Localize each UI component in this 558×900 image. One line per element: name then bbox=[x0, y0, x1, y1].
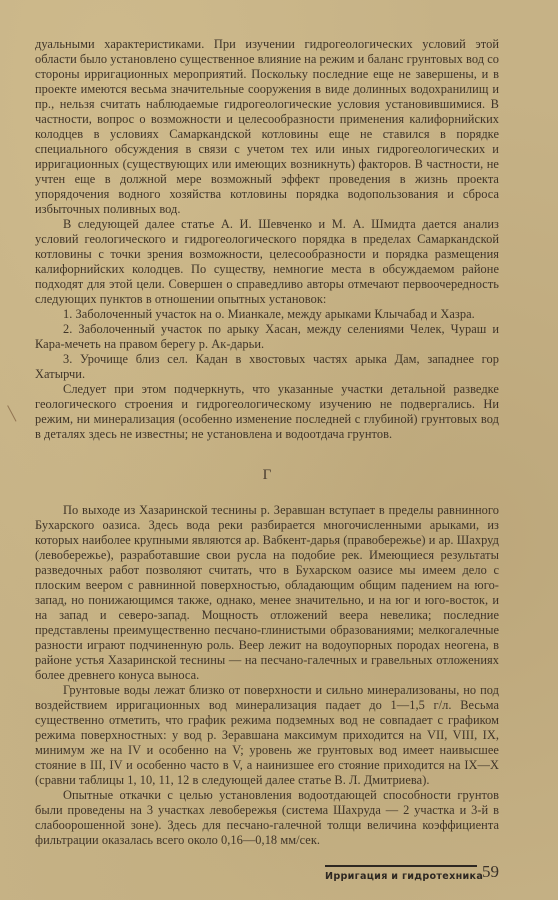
paragraph-article-intro: В следующей далее статье А. И. Шевченко … bbox=[35, 217, 499, 307]
paragraph-pumping-tests: Опытные откачки с целью установления вод… bbox=[35, 788, 499, 848]
footer-rule bbox=[325, 865, 477, 867]
list-item-site-2: 2. Заболоченный участок по арыку Хасан, … bbox=[35, 322, 499, 352]
journal-title: Ирригация и гидротехника bbox=[325, 871, 483, 882]
paragraph-continuation: дуальными характеристиками. При изучении… bbox=[35, 37, 499, 217]
page-number: 59 bbox=[482, 862, 499, 882]
paragraph-remark: Следует при этом подчеркнуть, что указан… bbox=[35, 382, 499, 442]
margin-pencil-mark bbox=[7, 402, 22, 421]
page-body: дуальными характеристиками. При изучении… bbox=[35, 37, 499, 848]
paragraph-groundwater: Грунтовые воды лежат близко от поверхнос… bbox=[35, 683, 499, 788]
paragraph-bukhara-oasis: По выходе из Хазаринской теснины р. Зера… bbox=[35, 503, 499, 683]
list-item-site-1: 1. Заболоченный участок на о. Мианкале, … bbox=[35, 307, 499, 322]
section-heading: Г bbox=[35, 468, 499, 483]
list-item-site-3: 3. Урочище близ сел. Кадан в хвостовых ч… bbox=[35, 352, 499, 382]
